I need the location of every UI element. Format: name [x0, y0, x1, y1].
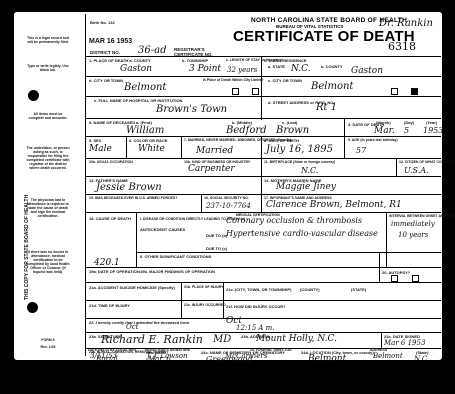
hospital-label: e. FULL NAME OF HOSPITAL OR INSTITUTION: [94, 98, 182, 103]
ssn-label: 16. SOCIAL SECURITY NO.: [204, 196, 249, 200]
injury-county-label: (COUNTY): [300, 287, 320, 292]
divider: [344, 118, 345, 158]
accident-label: 21a. ACCIDENT SUICIDE HOMICIDE (Specify): [89, 285, 175, 290]
divider: [379, 252, 380, 282]
res-inside-yes-checkbox[interactable]: [391, 88, 398, 95]
birth-no: Birth No. 132: [90, 20, 115, 25]
race-label: 6. COLOR OR RACE: [129, 138, 167, 143]
certificate-form: Birth No. 132 MAR 16 1953 DISTRICT NO. 3…: [85, 14, 441, 356]
length-stay-value: 32 years: [227, 66, 257, 74]
day-label: (Day): [404, 120, 414, 125]
occupation-label: 10a. USUAL OCCUPATION: [89, 160, 133, 164]
how-injury-label: 21f. HOW DID INJURY OCCUR?: [226, 304, 286, 309]
sex-label: 5. SEX: [89, 138, 101, 143]
res-city-value: Belmont: [311, 81, 353, 92]
county-value: Gaston: [120, 64, 152, 74]
divider: [86, 318, 441, 319]
res-county-value: Gaston: [351, 66, 383, 76]
margin-note-physician: The physician last in attendance is requ…: [26, 198, 70, 218]
marital-value: Married: [196, 146, 233, 156]
divider: [136, 212, 137, 267]
punch-hole: [28, 90, 39, 101]
certify-text: 22. I hereby certify that I attended the…: [89, 320, 189, 325]
divider: [261, 56, 262, 120]
divider: [396, 158, 397, 176]
informant-value: Clarence Brown, Belmont, R1: [266, 200, 402, 210]
township-value: 3 Point: [189, 64, 221, 74]
age-value: 57: [356, 146, 366, 155]
race-value: White: [138, 144, 165, 154]
birthplace-label: 11. BIRTHPLACE (State or foreign country…: [264, 160, 335, 164]
margin-vertical-text: THIS COPY FOR STATE BOARD OF HEALTH: [24, 195, 30, 300]
residence-label: 2. USUAL RESIDENCE: [264, 58, 307, 63]
margin-note-complete: All items must be complete and accurate.: [26, 112, 70, 120]
street-value: Rt 1: [316, 102, 337, 113]
divider: [126, 136, 127, 158]
first-name-value: William: [126, 125, 164, 136]
divider: [201, 194, 202, 212]
middle-name-value: Bedford: [226, 125, 267, 136]
res-state-value: N.C.: [291, 64, 311, 74]
injury-city-label: 21c. (CITY, TOWN, OR TOWNSHIP): [226, 287, 291, 292]
autopsy-no-checkbox[interactable]: [412, 275, 419, 282]
degree-value: MD: [213, 334, 231, 345]
hospital-value: Brown's Town: [156, 104, 227, 115]
cause-label: 18. CAUSE OF DEATH: [89, 216, 131, 221]
injury-state-label: (STATE): [351, 287, 366, 292]
divider: [386, 212, 387, 267]
death-year-value: 1953: [423, 126, 443, 135]
birthplace-value: N.C.: [301, 166, 318, 175]
divider: [86, 267, 441, 268]
received-stamp: MAR 16 1953: [89, 38, 132, 45]
township-label: b. TOWNSHIP: [182, 58, 208, 63]
divider: [86, 194, 441, 195]
divider: [86, 158, 441, 159]
date-signed-value: Mar 6 1953: [384, 339, 425, 347]
city-value: Belmont: [124, 82, 166, 93]
injury-time-label: 21d. TIME OF INJURY: [89, 303, 130, 308]
inside-city-no-checkbox[interactable]: [252, 88, 259, 95]
divider: [86, 136, 441, 137]
interval-b-value: 10 years: [398, 231, 428, 239]
injury-place-label: 21b. PLACE OF INJURY: [184, 285, 223, 289]
interval-a-value: immediately: [391, 220, 435, 228]
doctor-annotation: Dr. Rankin: [379, 18, 433, 29]
divider: [86, 282, 441, 283]
divider: [261, 136, 262, 176]
punch-hole: [27, 302, 38, 313]
age-label: 9. AGE (in years last birthday): [348, 138, 398, 142]
injury-occurred-label: 21e. INJURY OCCURRED: [184, 303, 226, 307]
divider: [86, 300, 441, 301]
divider: [381, 332, 382, 348]
occupation-value: Carpenter: [188, 164, 235, 174]
due-to-c-label: DUE TO (c): [206, 246, 227, 251]
district-value: 36-ad: [138, 45, 166, 56]
last-name-value: Brown: [276, 125, 309, 136]
funeral-director-value: McCarthers: [225, 352, 267, 360]
divider: [136, 252, 441, 253]
armed-forces-label: 15. WAS DECEASED EVER IN U.S. ARMED FORC…: [89, 196, 177, 200]
month-label: (Month): [376, 120, 391, 125]
dob-value: July 16, 1895: [266, 144, 333, 155]
inside-city-label: Is Place of Death Within City Limits?: [203, 78, 264, 82]
father-value: Jessie Brown: [96, 182, 162, 193]
date-received-value: 3/11/53: [90, 352, 117, 360]
registrar-sig-value: J. J. Lawson: [147, 352, 188, 360]
divider: [86, 176, 441, 177]
divider: [86, 96, 441, 97]
due-to-b-label: DUE TO (b): [206, 233, 227, 238]
death-day-value: 5: [404, 126, 409, 135]
operation-date-label: 19a. DATE OF OPERATION: [89, 269, 140, 274]
year-label: (Year): [426, 120, 437, 125]
divider: [86, 76, 441, 77]
margin-note-legal: This is a legal record and will be perma…: [26, 36, 70, 44]
sex-value: Male: [89, 144, 112, 154]
res-city-label: c. CITY OR TOWN: [268, 78, 302, 83]
district-label: DISTRICT NO.: [90, 50, 120, 55]
divider: [86, 118, 441, 119]
death-time-value: 12:15 A m.: [236, 324, 275, 332]
operation-findings-label: 19b. MAJOR FINDINGS OF OPERATION: [140, 269, 215, 274]
margin-note-undertaker: The undertaker, or person acting as such…: [26, 146, 70, 170]
city-label: d. CITY OR TOWN: [89, 78, 123, 83]
form-revision: Rev. 1/49: [26, 345, 70, 349]
signature-value: Richard E. Rankin: [101, 333, 203, 346]
fd-address-value: Belmont: [373, 352, 403, 360]
alive-on-value: Oct: [126, 323, 138, 331]
death-month-value: Mar.: [374, 126, 395, 136]
res-state-label: a. STATE: [268, 64, 285, 69]
divider: [181, 136, 182, 158]
place-of-death-label: 1. PLACE OF DEATH a. COUNTY: [89, 58, 151, 63]
margin-note-legibly: Type or write legibly. Use black ink.: [26, 64, 70, 72]
interval-label: INTERVAL BETWEEN ONSET AND DEATH: [389, 214, 455, 218]
autopsy-yes-checkbox[interactable]: [391, 275, 398, 282]
mother-value: Maggie Jiney: [276, 182, 336, 192]
other-conditions-label: II. OTHER SIGNIFICANT CONDITIONS: [140, 254, 211, 259]
cause-a-value: Coronary occlusion & thrombosis: [226, 216, 362, 225]
citizen-label: 12. CITIZEN OF WHAT COUNTRY?: [399, 160, 455, 164]
location-state-value: N.C.: [414, 355, 429, 363]
divider: [86, 56, 441, 57]
res-county-label: b. COUNTY: [321, 64, 343, 69]
certificate-number: 6318: [388, 40, 416, 53]
cause-b-value: Hypertensive cardio-vascular disease: [226, 229, 378, 238]
location-value: Belmont: [308, 354, 346, 364]
res-inside-no-checkbox[interactable]: [411, 88, 418, 95]
antecedent-label: ANTECEDENT CAUSES: [140, 227, 185, 232]
inside-city-yes-checkbox[interactable]: [232, 88, 239, 95]
doctor-address-value: Mount Holly, N.C.: [256, 334, 337, 344]
dob-label: 8. DATE OF BIRTH: [264, 138, 299, 143]
margin-note-no-doctor: If there was no doctor in attendance, me…: [26, 250, 70, 274]
form-number: FORM 8: [26, 338, 70, 342]
citizen-value: U.S.A.: [404, 166, 429, 175]
ssn-value: 237-10-7764: [206, 202, 251, 210]
